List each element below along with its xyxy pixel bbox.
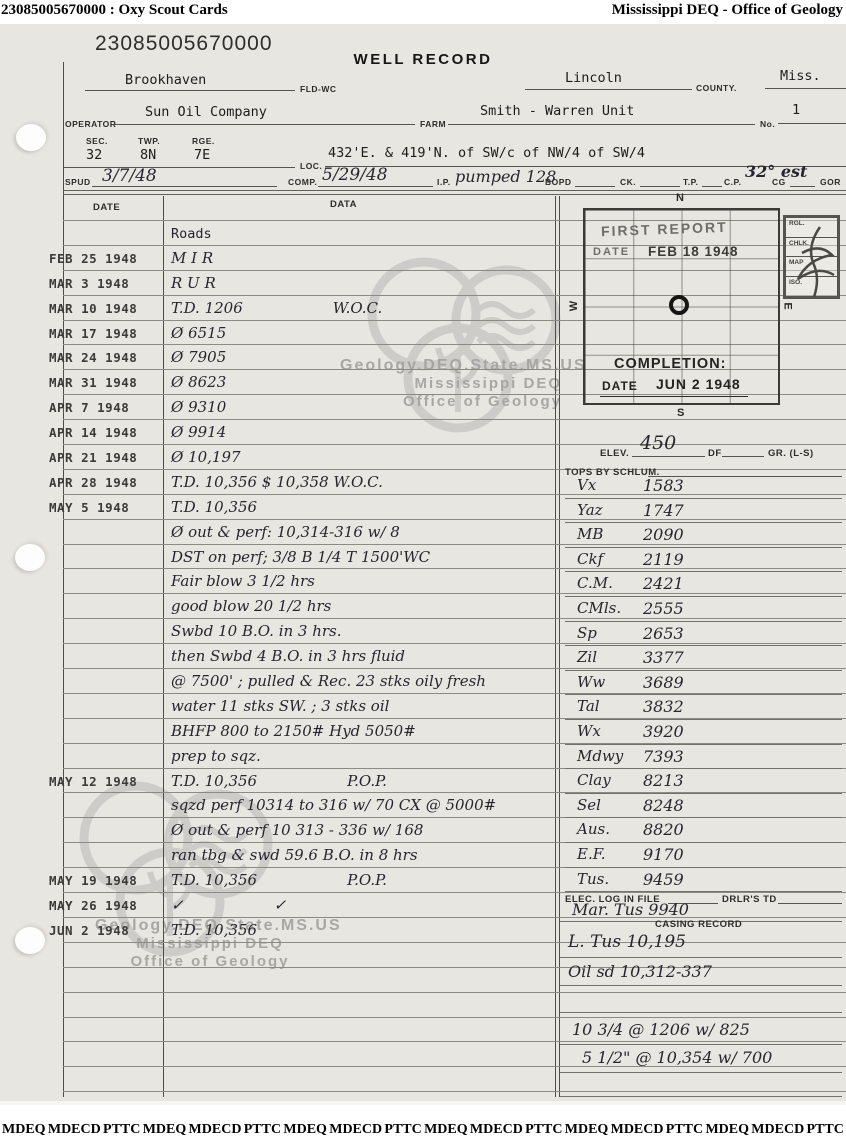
ip-value: pumped 128 bbox=[455, 167, 556, 186]
rule-line bbox=[560, 957, 842, 958]
rule-line bbox=[560, 1012, 842, 1013]
comp-label: COMP. bbox=[288, 177, 317, 187]
log-entry-text: T.D. 1206 bbox=[171, 299, 243, 317]
formation-top-row: Yaz 1747 bbox=[565, 499, 842, 524]
log-entry-note: P.O.P. bbox=[347, 871, 387, 889]
field-line bbox=[790, 186, 815, 187]
formation-top-row: Zil 3377 bbox=[565, 646, 842, 671]
compass-n-label: N bbox=[676, 192, 684, 204]
formation-name: E.F. bbox=[577, 845, 606, 863]
formation-name: Ckf bbox=[577, 550, 603, 568]
twp-value: 8N bbox=[140, 147, 156, 163]
formation-depth: 2421 bbox=[643, 574, 684, 593]
log-entry-text: good blow 20 1/2 hrs bbox=[171, 597, 331, 615]
lower-tus-entry: L. Tus 10,195 bbox=[568, 932, 686, 952]
log-entry-text: @ 7500' ; pulled & Rec. 23 stks oily fre… bbox=[171, 672, 486, 690]
log-entry-note: W.O.C. bbox=[333, 299, 382, 317]
log-row: APR 21 1948 Ø 10,197 bbox=[63, 445, 846, 470]
map-check-stamp: RGL. CHLK. MAP ISO. bbox=[783, 215, 840, 299]
first-report-date-label: DATE bbox=[593, 246, 630, 258]
elev-value: 450 bbox=[640, 432, 676, 454]
cp-label: C.P. bbox=[724, 177, 741, 187]
formation-top-row: Sel 8248 bbox=[565, 794, 842, 819]
log-date-stamp: APR 14 1948 bbox=[49, 425, 161, 440]
log-date-stamp: JUN 2 1948 bbox=[49, 923, 161, 938]
field-line bbox=[112, 124, 415, 125]
marine-tus-entry: Mar. Tus 9940 bbox=[572, 900, 689, 919]
formation-name: Mdwy bbox=[577, 747, 623, 765]
rule-line bbox=[560, 1096, 842, 1097]
footer-token: MDEQ bbox=[2, 1122, 46, 1138]
formation-depth: 8248 bbox=[643, 796, 684, 815]
formation-depth: 3920 bbox=[643, 722, 684, 741]
drlrs-td-label: DRLR'S TD bbox=[722, 894, 777, 905]
log-entry-text: T.D. 10,356 bbox=[171, 871, 257, 889]
ip-label: I.P. bbox=[437, 177, 451, 187]
formation-depth: 2653 bbox=[643, 624, 684, 643]
formation-name: Wx bbox=[577, 722, 601, 740]
tp-label: T.P. bbox=[683, 177, 699, 187]
log-entry-text: Swbd 10 B.O. in 3 hrs. bbox=[171, 622, 342, 640]
log-entry-text: sqzd perf 10314 to 316 w/ 70 CX @ 5000# bbox=[171, 796, 496, 814]
field-line bbox=[722, 456, 764, 457]
hole-punch bbox=[15, 927, 45, 954]
completion-date: JUN 2 1948 bbox=[656, 376, 741, 392]
log-entry-text: T.D. 10,356 bbox=[171, 921, 257, 939]
log-date-stamp: FEB 25 1948 bbox=[49, 251, 161, 266]
gor-label: GOR bbox=[820, 177, 841, 187]
log-row: APR 14 1948 Ø 9914 bbox=[63, 420, 846, 445]
casing-record-label: CASING RECORD bbox=[655, 919, 742, 930]
field-name-value: Brookhaven bbox=[125, 72, 206, 88]
log-row bbox=[63, 993, 846, 1018]
field-line bbox=[632, 456, 705, 457]
field-line bbox=[63, 167, 295, 168]
casing-string-1: 10 3/4 @ 1206 w/ 825 bbox=[572, 1020, 750, 1039]
log-row bbox=[63, 968, 846, 993]
viewer-header: 23085005670000 : Oxy Scout Cards Mississ… bbox=[0, 0, 846, 24]
formation-name: Ww bbox=[577, 673, 605, 691]
formation-top-row: Sp 2653 bbox=[565, 622, 842, 647]
footer-token: MDEQ bbox=[705, 1122, 749, 1138]
field-line bbox=[765, 88, 846, 89]
log-entry-text: BHFP 800 to 2150# Hyd 5050# bbox=[171, 722, 416, 740]
double-rule bbox=[63, 190, 846, 191]
formation-top-row: Vx 1583 bbox=[565, 474, 842, 499]
formation-name: Aus. bbox=[577, 820, 610, 838]
rge-value: 7E bbox=[194, 147, 210, 163]
footer-token: PTTC bbox=[103, 1122, 140, 1138]
log-row bbox=[63, 1067, 846, 1092]
data-column-header: DATA bbox=[330, 199, 357, 210]
field-line bbox=[778, 903, 842, 904]
rge-label: RGE. bbox=[192, 136, 215, 146]
log-date-stamp: MAY 26 1948 bbox=[49, 898, 161, 913]
log-date-stamp: MAR 31 1948 bbox=[49, 375, 161, 390]
formation-depth: 9170 bbox=[643, 845, 684, 864]
log-entry-text: then Swbd 4 B.O. in 3 hrs fluid bbox=[171, 647, 405, 665]
formation-depth: 7393 bbox=[643, 747, 684, 766]
log-date-stamp: MAY 12 1948 bbox=[49, 774, 161, 789]
formation-name: Tus. bbox=[577, 870, 609, 888]
loc-label: LOC. bbox=[300, 161, 322, 171]
footer-token: MDEQ bbox=[424, 1122, 468, 1138]
log-date-stamp: MAR 10 1948 bbox=[49, 301, 161, 316]
formation-name: Sp bbox=[577, 624, 597, 642]
field-line bbox=[778, 123, 846, 124]
rule-line bbox=[560, 1072, 842, 1073]
rule-line bbox=[560, 985, 842, 986]
log-entry-text: Ø 9310 bbox=[171, 398, 226, 416]
bopd-label: BOPD bbox=[545, 177, 572, 187]
formation-name: Vx bbox=[577, 476, 596, 494]
log-entry-text: ran tbg & swd 59.6 B.O. in 8 hrs bbox=[171, 846, 418, 864]
log-entry-text: Ø 6515 bbox=[171, 324, 226, 342]
spud-value: 3/7/48 bbox=[102, 166, 157, 186]
formation-depth: 1583 bbox=[643, 476, 684, 495]
twp-label: TWP. bbox=[138, 136, 160, 146]
operator-label: OPERATOR bbox=[65, 119, 116, 129]
field-line bbox=[318, 186, 433, 187]
formation-top-row: CMls. 2555 bbox=[565, 597, 842, 622]
formation-top-row: Mdwy 7393 bbox=[565, 745, 842, 770]
formation-top-row: C.M. 2421 bbox=[565, 572, 842, 597]
footer-token: PTTC bbox=[244, 1122, 281, 1138]
elev-label: ELEV. bbox=[600, 448, 629, 459]
formation-top-row: Wx 3920 bbox=[565, 720, 842, 745]
formation-depth: 2119 bbox=[643, 550, 684, 569]
sec-label: SEC. bbox=[86, 136, 108, 146]
compass-s-label: S bbox=[677, 407, 684, 419]
formation-depth: 8820 bbox=[643, 820, 684, 839]
compass-e-label: E bbox=[782, 302, 794, 309]
log-entry-text: ✓ bbox=[171, 896, 184, 914]
viewer-header-left: 23085005670000 : Oxy Scout Cards bbox=[1, 2, 228, 19]
field-line bbox=[92, 186, 277, 187]
log-entry-text: T.D. 10,356 bbox=[171, 772, 257, 790]
double-rule bbox=[63, 194, 846, 195]
log-entry-text: R U R bbox=[171, 274, 216, 292]
check-stamp-row: MAP bbox=[786, 257, 837, 277]
first-report-date: FEB 18 1948 bbox=[648, 244, 739, 259]
no-label: No. bbox=[760, 119, 775, 129]
log-entry-text: Ø 9914 bbox=[171, 423, 226, 441]
log-entry-note: ✓ bbox=[274, 896, 287, 914]
footer-token: MDEQ bbox=[143, 1122, 187, 1138]
formation-name: CMls. bbox=[577, 599, 621, 617]
card-title: WELL RECORD bbox=[0, 51, 846, 68]
log-date-stamp: APR 7 1948 bbox=[49, 400, 161, 415]
formation-name: Clay bbox=[577, 771, 611, 789]
gr-label: GR. (L-S) bbox=[768, 448, 814, 459]
log-entry-text: Ø 10,197 bbox=[171, 448, 241, 466]
log-date-stamp: MAY 19 1948 bbox=[49, 873, 161, 888]
well-location-symbol bbox=[669, 295, 689, 315]
formation-depth: 1747 bbox=[643, 501, 684, 520]
log-entry-text: DST on perf; 3/8 B 1/4 T 1500'WC bbox=[171, 548, 430, 566]
log-date-stamp: APR 28 1948 bbox=[49, 475, 161, 490]
footer-token: MDEQ bbox=[283, 1122, 327, 1138]
scanned-well-record-card: Geology.DEQ.State.MS.US Mississippi DEQ … bbox=[0, 24, 846, 1105]
formation-name: MB bbox=[577, 525, 603, 543]
log-entry-text: Ø 8623 bbox=[171, 373, 226, 391]
log-entry-text: prep to sqz. bbox=[171, 747, 261, 765]
formation-name: Tal bbox=[577, 697, 600, 715]
formation-depth: 3377 bbox=[643, 648, 684, 667]
operator-value: Sun Oil Company bbox=[145, 104, 267, 120]
formation-name: Sel bbox=[577, 796, 601, 814]
completion-date-label: DATE bbox=[602, 379, 638, 393]
log-entry-text: water 11 stks SW. ; 3 stks oil bbox=[171, 697, 389, 715]
footer-token: MDECD bbox=[470, 1122, 523, 1138]
formation-top-row: E.F. 9170 bbox=[565, 843, 842, 868]
log-entry-text: Roads bbox=[171, 226, 212, 242]
footer-token: MDECD bbox=[48, 1122, 101, 1138]
formation-top-row: Aus. 8820 bbox=[565, 818, 842, 843]
viewer-header-right: Mississippi DEQ - Office of Geology bbox=[612, 2, 843, 19]
field-line bbox=[448, 124, 755, 125]
footer-token: PTTC bbox=[384, 1122, 421, 1138]
formation-top-row: Tal 3832 bbox=[565, 695, 842, 720]
compass-w-label: W bbox=[568, 301, 580, 311]
viewer-footer: MDEQ MDECD PTTC MDEQ MDECD PTTC MDEQ MDE… bbox=[0, 1105, 846, 1142]
df-label: DF bbox=[708, 448, 722, 459]
date-column-header: DATE bbox=[93, 202, 120, 213]
no-value: 1 bbox=[792, 102, 800, 118]
completion-underline bbox=[600, 396, 748, 397]
log-row bbox=[63, 943, 846, 968]
field-line bbox=[525, 89, 692, 90]
casing-string-2: 5 1/2" @ 10,354 w/ 700 bbox=[582, 1048, 772, 1067]
formation-top-row: MB 2090 bbox=[565, 523, 842, 548]
hole-punch bbox=[15, 544, 45, 571]
formation-depth: 8213 bbox=[643, 771, 684, 790]
field-line bbox=[85, 90, 295, 91]
log-entry-text: M I R bbox=[171, 249, 213, 267]
check-stamp-row: CHLK. bbox=[786, 238, 837, 258]
field-line bbox=[640, 186, 680, 187]
check-stamp-row: RGL. bbox=[786, 218, 837, 238]
field-label: FLD-WC bbox=[300, 84, 337, 94]
ck-label: CK. bbox=[620, 177, 636, 187]
log-entry-text: Ø out & perf 10 313 - 336 w/ 168 bbox=[171, 821, 423, 839]
footer-token: PTTC bbox=[806, 1122, 843, 1138]
state-value: Miss. bbox=[780, 68, 821, 84]
spud-label: SPUD bbox=[65, 177, 91, 187]
footer-token: PTTC bbox=[666, 1122, 703, 1138]
log-entry-text: Ø out & perf: 10,314-316 w/ 8 bbox=[171, 523, 400, 541]
formation-depth: 2090 bbox=[643, 525, 684, 544]
hole-punch bbox=[16, 124, 46, 151]
county-value: Lincoln bbox=[565, 70, 622, 86]
log-date-stamp: MAY 5 1948 bbox=[49, 500, 161, 515]
footer-token: PTTC bbox=[525, 1122, 562, 1138]
farm-value: Smith - Warren Unit bbox=[480, 103, 634, 119]
formation-top-row: Clay 8213 bbox=[565, 769, 842, 794]
footer-token: MDEQ bbox=[565, 1122, 609, 1138]
footer-token: MDECD bbox=[751, 1122, 804, 1138]
loc-value: 432'E. & 419'N. of SW/c of NW/4 of SW/4 bbox=[328, 145, 645, 161]
formation-name: Yaz bbox=[577, 501, 603, 519]
log-date-stamp: APR 21 1948 bbox=[49, 450, 161, 465]
log-entry-text: Fair blow 3 1/2 hrs bbox=[171, 572, 315, 590]
log-entry-text: T.D. 10,356 $ 10,358 W.O.C. bbox=[171, 473, 383, 491]
log-entry-text: Ø 7905 bbox=[171, 348, 226, 366]
log-date-stamp: MAR 17 1948 bbox=[49, 326, 161, 341]
check-stamp-row: ISO. bbox=[786, 277, 837, 297]
field-line bbox=[702, 186, 722, 187]
formation-top-row: Tus. 9459 bbox=[565, 868, 842, 893]
formation-depth: 3832 bbox=[643, 697, 684, 716]
formation-name: Zil bbox=[577, 648, 597, 666]
footer-token: MDECD bbox=[329, 1122, 382, 1138]
field-line bbox=[575, 186, 615, 187]
sec-value: 32 bbox=[86, 147, 102, 163]
formation-name: C.M. bbox=[577, 574, 613, 592]
cg-label: CG bbox=[772, 177, 786, 187]
formation-top-row: Ckf 2119 bbox=[565, 548, 842, 573]
rule-line bbox=[560, 1044, 842, 1045]
log-date-stamp: MAR 24 1948 bbox=[49, 350, 161, 365]
log-entry-text: T.D. 10,356 bbox=[171, 498, 257, 516]
county-label: COUNTY. bbox=[696, 83, 737, 93]
log-date-stamp: MAR 3 1948 bbox=[49, 276, 161, 291]
log-entry-note: P.O.P. bbox=[347, 772, 387, 790]
formation-tops-list: Vx 1583 Yaz 1747 MB 2090 Ckf 2119 C.M. 2… bbox=[565, 474, 842, 892]
formation-depth: 2555 bbox=[643, 599, 684, 618]
completion-stamp: COMPLETION: bbox=[614, 356, 727, 372]
footer-token: MDECD bbox=[189, 1122, 242, 1138]
formation-top-row: Ww 3689 bbox=[565, 671, 842, 696]
formation-depth: 3689 bbox=[643, 673, 684, 692]
footer-token: MDECD bbox=[611, 1122, 664, 1138]
farm-label: FARM bbox=[420, 119, 446, 129]
oil-sand-entry: Oil sd 10,312-337 bbox=[568, 962, 712, 981]
formation-depth: 9459 bbox=[643, 870, 684, 889]
comp-value: 5/29/48 bbox=[322, 165, 388, 185]
